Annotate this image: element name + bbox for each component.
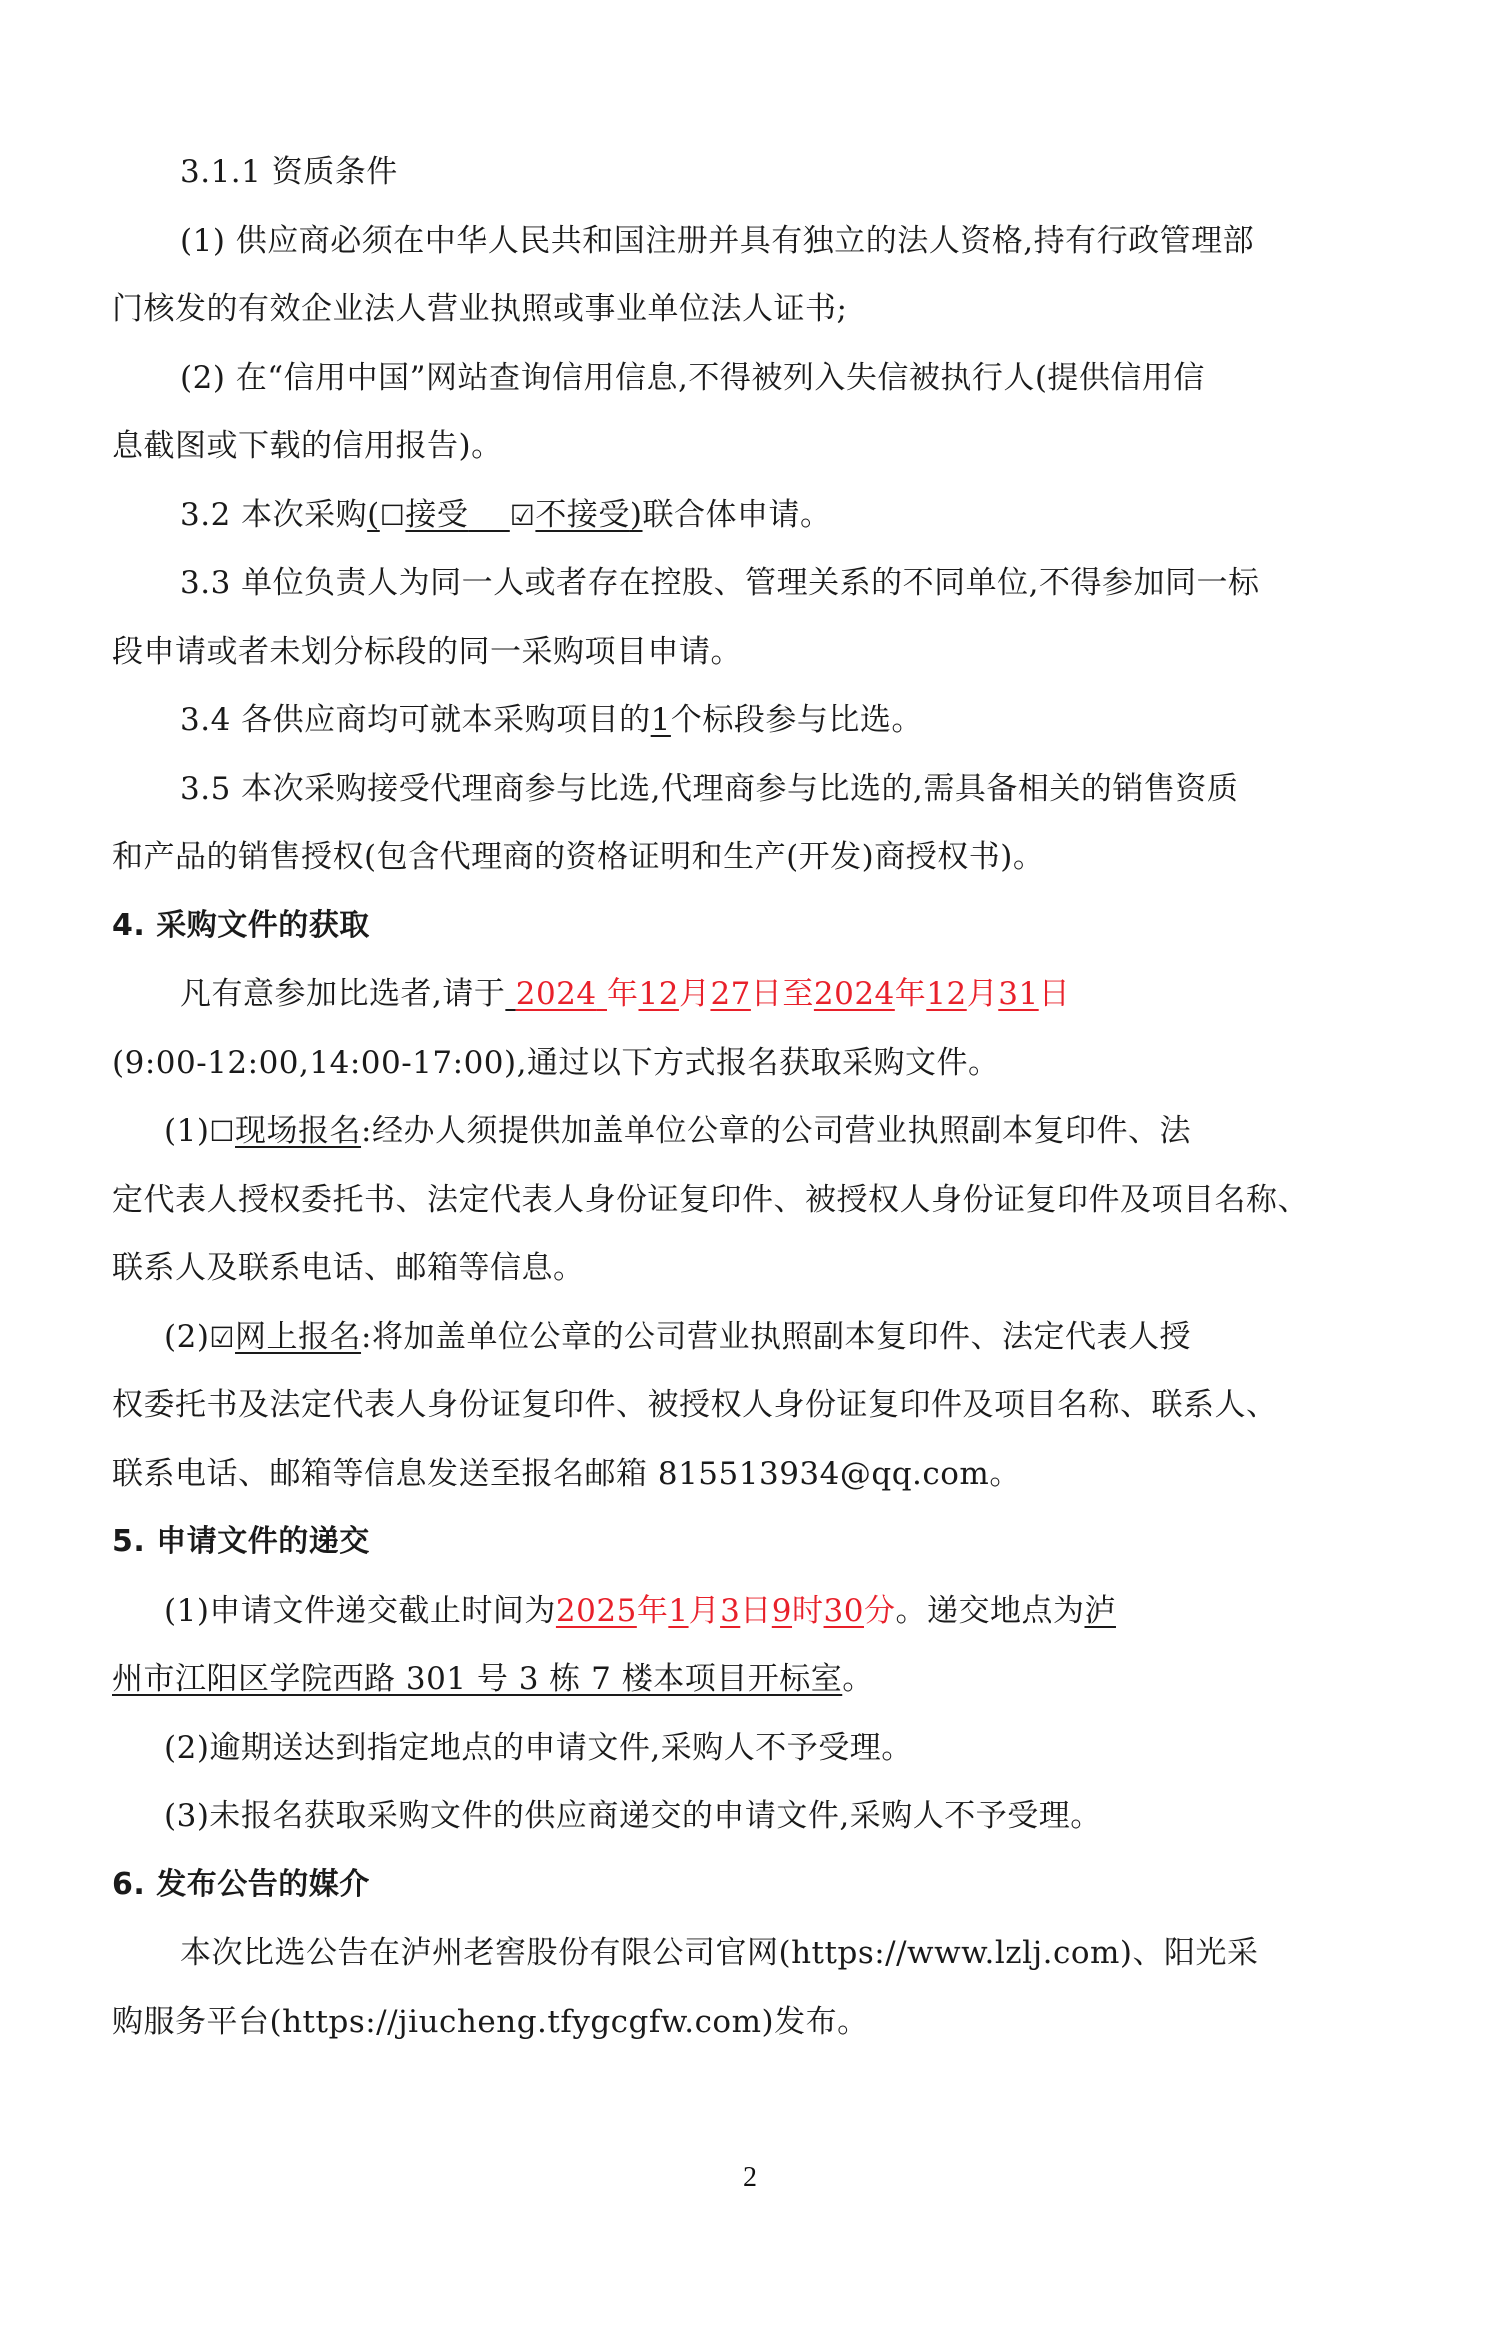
publication-media: 本次比选公告在泸州老窖股份有限公司官网(https://www.lzlj.com… bbox=[112, 1919, 1392, 1988]
late-submission-note: (2)逾期送达到指定地点的申请文件,采购人不予受理。 bbox=[112, 1714, 1392, 1783]
start-month-value: 12 bbox=[638, 976, 678, 1012]
minute-label: 分 bbox=[864, 1593, 896, 1629]
checked-box-icon: ☑ bbox=[510, 482, 536, 551]
publication-media-cont: 购服务平台(https://jiucheng.tfygcgfw.com)发布。 bbox=[112, 1988, 1392, 2057]
section-3-4: 3.4 各供应商均可就本采购项目的1个标段参与比选。 bbox=[112, 686, 1392, 755]
start-year: 2024 bbox=[516, 976, 597, 1012]
blank bbox=[505, 976, 515, 1012]
start-day: 27 bbox=[710, 976, 750, 1012]
location-address: 州市江阳区学院西路 301 号 3 栋 7 楼本项目开标室 bbox=[112, 1661, 842, 1697]
year-label: 年 bbox=[607, 976, 639, 1012]
online-label: ☑网上报名 bbox=[209, 1319, 361, 1355]
location-prefix: 。递交地点为 bbox=[895, 1593, 1084, 1629]
day-to-label: 日至 bbox=[751, 976, 814, 1012]
year-label: 年 bbox=[637, 1593, 669, 1629]
section-3-2-prefix: 3.2 本次采购 bbox=[180, 497, 367, 533]
unregistered-note: (3)未报名获取采购文件的供应商递交的申请文件,采购人不予受理。 bbox=[112, 1782, 1392, 1851]
section-3-1-1-title: 3.1.1 资质条件 bbox=[112, 138, 1392, 207]
online-text: :将加盖单位公章的公司营业执照副本复印件、法定代表人授 bbox=[361, 1319, 1191, 1355]
deadline-year: 2025 bbox=[556, 1593, 637, 1629]
online-label-text: 网上报名 bbox=[235, 1319, 361, 1355]
onsite-registration: (1)☐现场报名:经办人须提供加盖单位公章的公司营业执照副本复印件、法 bbox=[112, 1097, 1392, 1166]
blank bbox=[597, 976, 607, 1012]
onsite-text: :经办人须提供加盖单位公章的公司营业执照副本复印件、法 bbox=[361, 1113, 1191, 1149]
option-accept: 接受 bbox=[405, 497, 468, 533]
end-year: 2024 bbox=[814, 976, 895, 1012]
qualification-item-1: (1) 供应商必须在中华人民共和国注册并具有独立的法人资格,持有行政管理部 bbox=[112, 207, 1392, 276]
section-3-5: 3.5 本次采购接受代理商参与比选,代理商参与比选的,需具备相关的销售资质 bbox=[112, 755, 1392, 824]
day-label: 日 bbox=[740, 1593, 772, 1629]
option-reject: 不接受 bbox=[535, 497, 630, 533]
onsite-label-text: 现场报名 bbox=[235, 1113, 361, 1149]
submission-deadline: (1)申请文件递交截止时间为2025年1月3日9时30分。递交地点为泸 bbox=[112, 1577, 1392, 1646]
period: 。 bbox=[842, 1661, 874, 1697]
section-6-heading: 6. 发布公告的媒介 bbox=[112, 1851, 1392, 1920]
unchecked-box-icon: ☐ bbox=[380, 482, 406, 551]
submission-location: 州市江阳区学院西路 301 号 3 栋 7 楼本项目开标室。 bbox=[112, 1645, 1392, 1714]
deadline-hour: 9 bbox=[772, 1593, 792, 1629]
onsite-label: ☐现场报名 bbox=[209, 1113, 361, 1149]
registration-hours: (9:00-12:00,14:00-17:00),通过以下方式报名获取采购文件。 bbox=[112, 1029, 1392, 1098]
hour-label: 时 bbox=[792, 1593, 824, 1629]
online-num: (2) bbox=[164, 1319, 209, 1355]
page-number: 2 bbox=[0, 2162, 1500, 2194]
month-label: 月 bbox=[679, 976, 711, 1012]
section-5-heading: 5. 申请文件的递交 bbox=[112, 1508, 1392, 1577]
section-3-3: 3.3 单位负责人为同一人或者存在控股、管理关系的不同单位,不得参加同一标 bbox=[112, 549, 1392, 618]
registration-period: 凡有意参加比选者,请于 2024 年12月27日至2024年12月31日 bbox=[112, 960, 1392, 1029]
close-paren: ) bbox=[630, 497, 643, 533]
month-label: 月 bbox=[967, 976, 999, 1012]
section-3-2-suffix: 联合体申请。 bbox=[643, 497, 832, 533]
section-4-heading: 4. 采购文件的获取 bbox=[112, 892, 1392, 961]
unchecked-box-icon: ☐ bbox=[209, 1098, 235, 1167]
year-label: 年 bbox=[895, 976, 927, 1012]
qualification-item-1-cont: 门核发的有效企业法人营业执照或事业单位法人证书; bbox=[112, 275, 1392, 344]
qualification-item-2: (2) 在“信用中国”网站查询信用信息,不得被列入失信被执行人(提供信用信 bbox=[112, 344, 1392, 413]
checked-box-icon: ☑ bbox=[209, 1304, 235, 1373]
online-registration-cont-2: 联系电话、邮箱等信息发送至报名邮箱 815513934@qq.com。 bbox=[112, 1440, 1392, 1509]
start-month: 12 bbox=[638, 976, 678, 1012]
section-3-4-prefix: 3.4 各供应商均可就本采购项目的 bbox=[180, 702, 651, 738]
section-3-5-cont: 和产品的销售授权(包含代理商的资格证明和生产(开发)商授权书)。 bbox=[112, 823, 1392, 892]
online-registration: (2)☑网上报名:将加盖单位公章的公司营业执照副本复印件、法定代表人授 bbox=[112, 1303, 1392, 1372]
registration-intro: 凡有意参加比选者,请于 bbox=[180, 976, 505, 1012]
open-paren: ( bbox=[367, 497, 380, 533]
onsite-registration-cont-2: 联系人及联系电话、邮箱等信息。 bbox=[112, 1234, 1392, 1303]
end-month: 12 bbox=[926, 976, 966, 1012]
consortium-options: (☐接受 ☑不接受) bbox=[367, 497, 642, 533]
location-address-start: 泸 bbox=[1084, 1593, 1116, 1629]
deadline-prefix: (1)申请文件递交截止时间为 bbox=[164, 1593, 556, 1629]
deadline-minute: 30 bbox=[824, 1593, 864, 1629]
month-label: 月 bbox=[689, 1593, 721, 1629]
deadline-day: 3 bbox=[720, 1593, 740, 1629]
onsite-num: (1) bbox=[164, 1113, 209, 1149]
section-3-2: 3.2 本次采购(☐接受 ☑不接受)联合体申请。 bbox=[112, 481, 1392, 550]
document-page: 3.1.1 资质条件 (1) 供应商必须在中华人民共和国注册并具有独立的法人资格… bbox=[112, 138, 1392, 2056]
section-3-4-suffix: 个标段参与比选。 bbox=[671, 702, 923, 738]
day-label: 日 bbox=[1039, 976, 1071, 1012]
end-day: 31 bbox=[998, 976, 1038, 1012]
online-registration-cont-1: 权委托书及法定代表人身份证复印件、被授权人身份证复印件及项目名称、联系人、 bbox=[112, 1371, 1392, 1440]
onsite-registration-cont-1: 定代表人授权委托书、法定代表人身份证复印件、被授权人身份证复印件及项目名称、 bbox=[112, 1166, 1392, 1235]
lot-count: 1 bbox=[651, 702, 671, 738]
section-3-3-cont: 段申请或者未划分标段的同一采购项目申请。 bbox=[112, 618, 1392, 687]
deadline-month: 1 bbox=[668, 1593, 688, 1629]
qualification-item-2-cont: 息截图或下载的信用报告)。 bbox=[112, 412, 1392, 481]
